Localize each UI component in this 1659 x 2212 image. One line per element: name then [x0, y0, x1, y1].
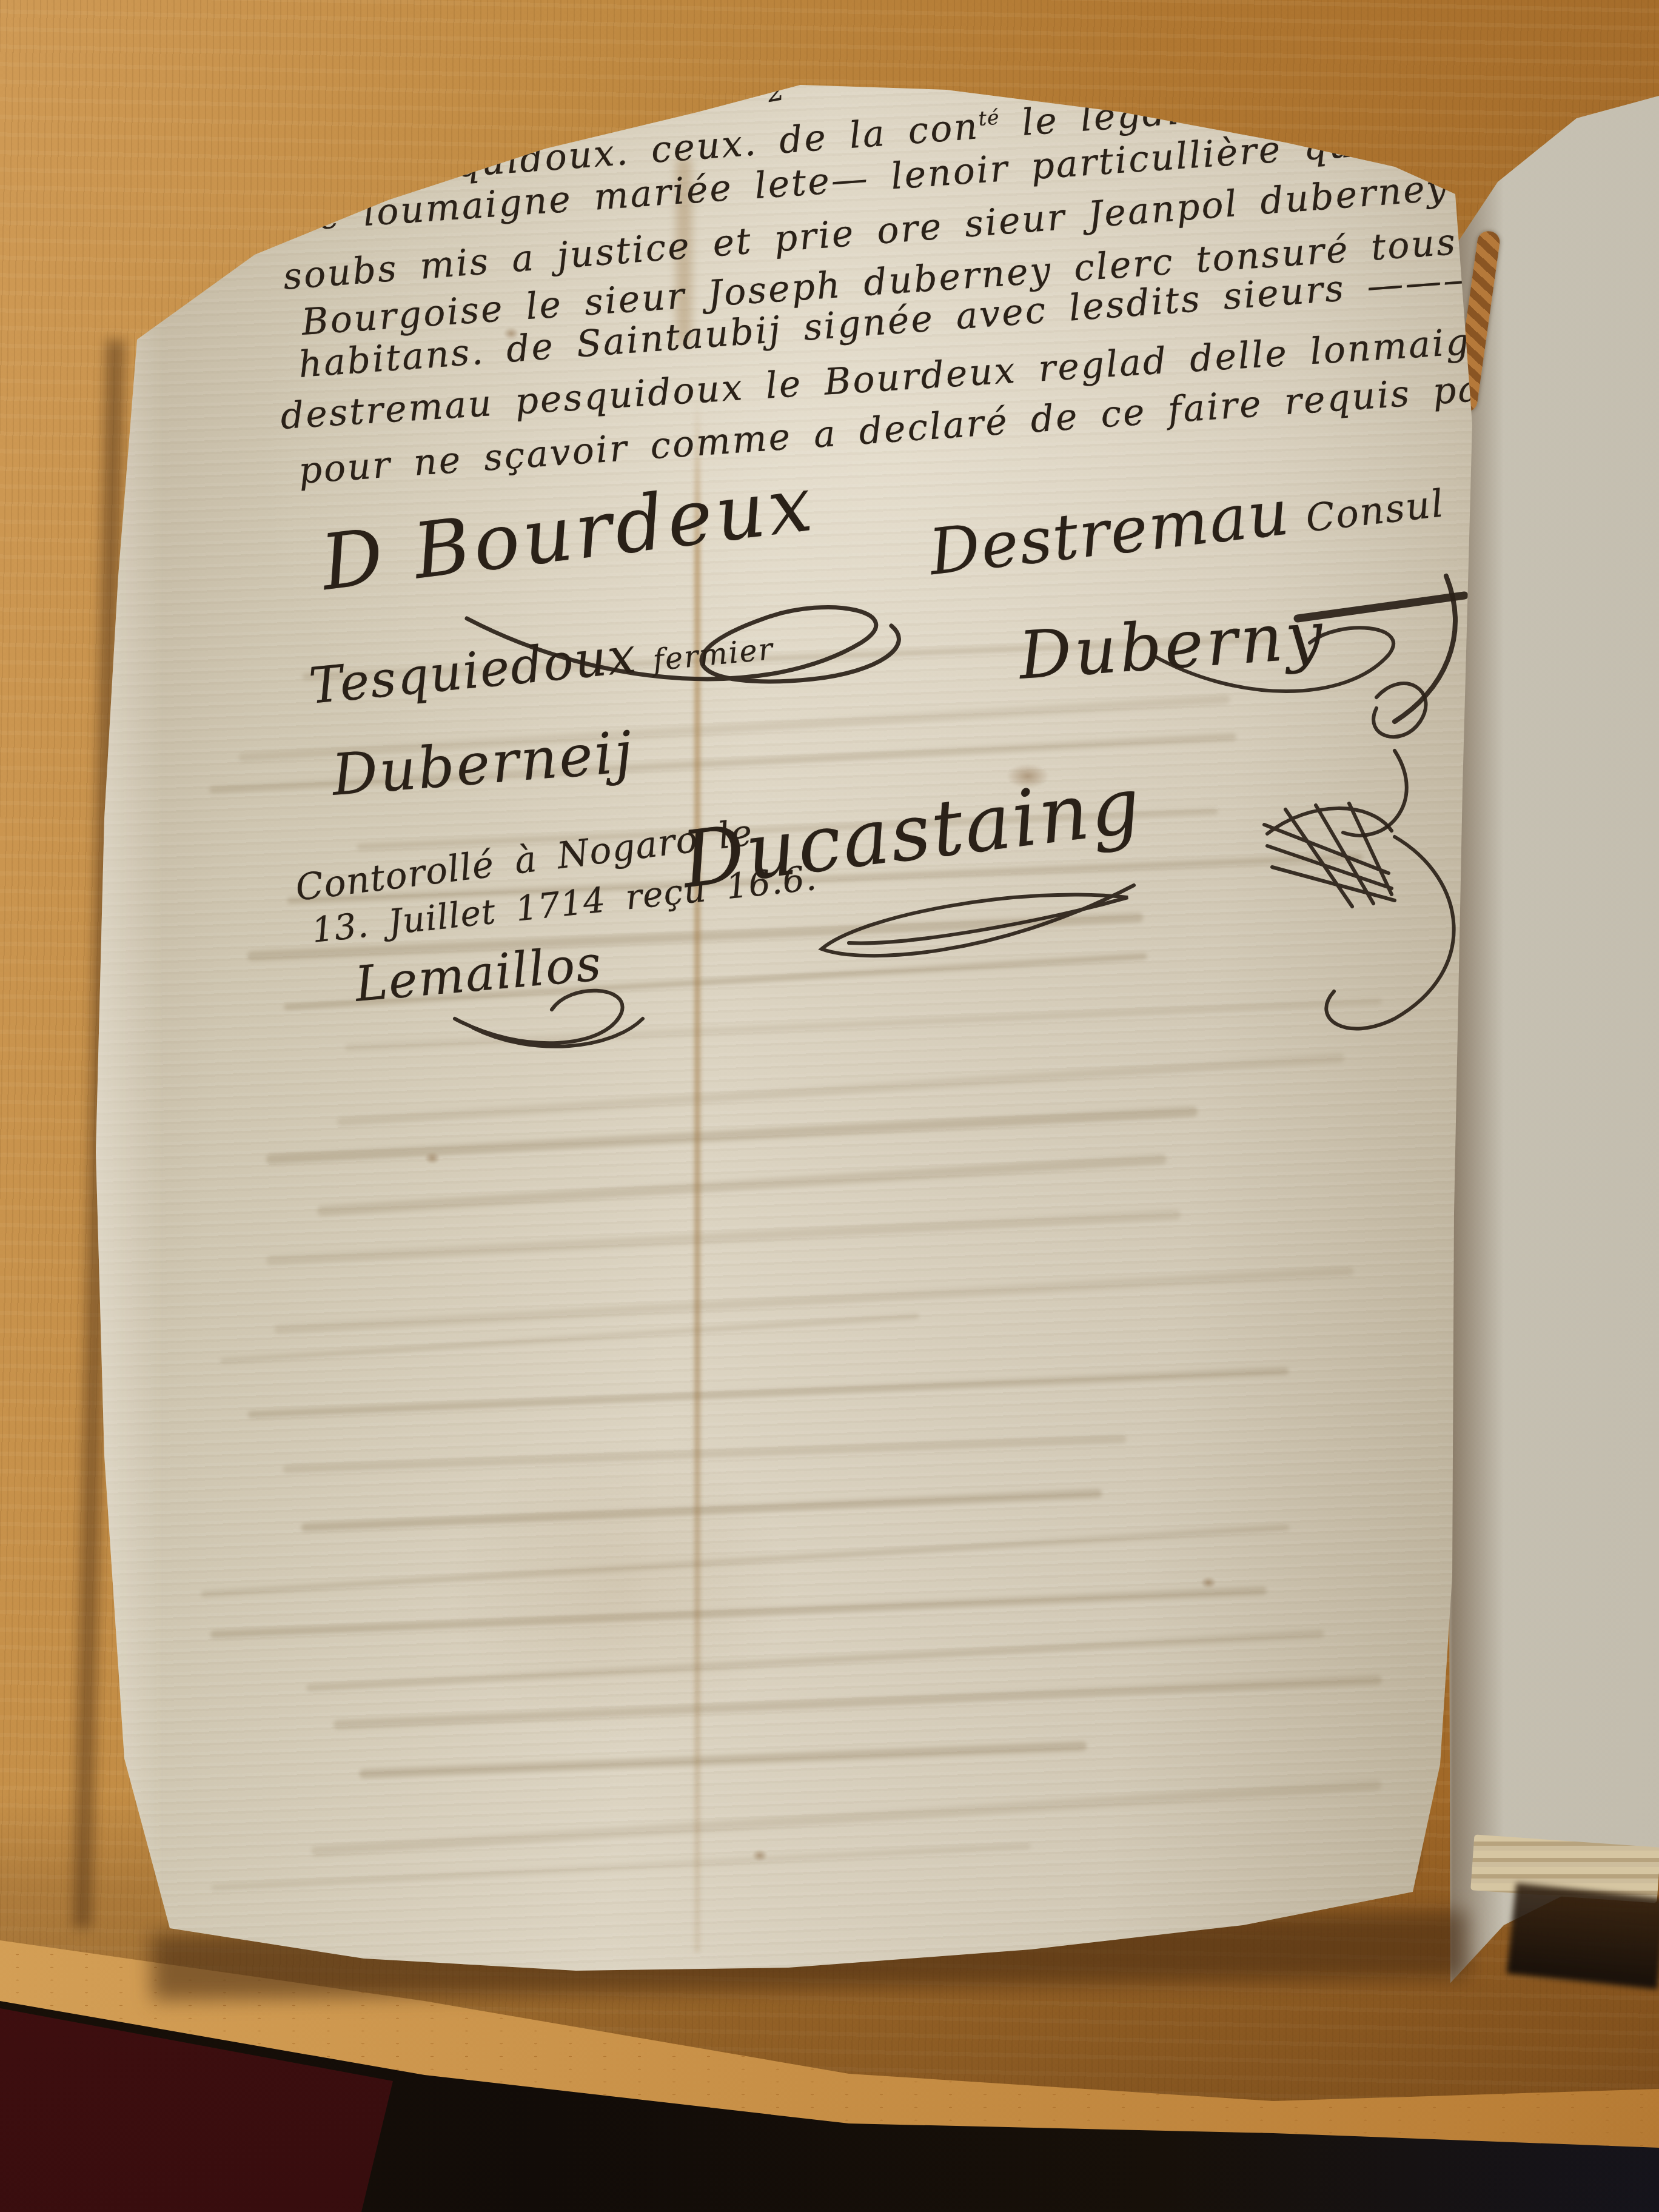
bleedthrough-line: [247, 1367, 1289, 1418]
foxing-spot: [752, 1849, 768, 1862]
bleedthrough-line: [220, 1313, 919, 1364]
water-stain: [449, 1437, 788, 1740]
line-end-dash-stroke: [1298, 595, 1464, 618]
foxing-spot: [1201, 1577, 1216, 1589]
destremau-paraph: [1152, 628, 1393, 691]
photo-scene: 2 le pesquidoux. ceux. de la conté le le…: [0, 0, 1659, 2212]
bleedthrough-line: [266, 1209, 1181, 1265]
ducastaing-crosshatch-paraph: [1264, 803, 1395, 907]
signature-flourishes: [267, 437, 1570, 1164]
page-stack-shadow: [1507, 1883, 1659, 1989]
ducastaing-sweep-paraph: [1326, 837, 1453, 1028]
manuscript-page: 2 le pesquidoux. ceux. de la conté le le…: [85, 73, 1480, 2001]
lemaillos-paraph: [455, 991, 643, 1047]
bleedthrough-line: [359, 1741, 1087, 1778]
line-1-superscript: té: [977, 105, 1000, 130]
ducastaing-leaf-flourish: [822, 885, 1134, 956]
bourdeux-paraph: [467, 607, 899, 681]
bleedthrough-line: [311, 1780, 1381, 1856]
